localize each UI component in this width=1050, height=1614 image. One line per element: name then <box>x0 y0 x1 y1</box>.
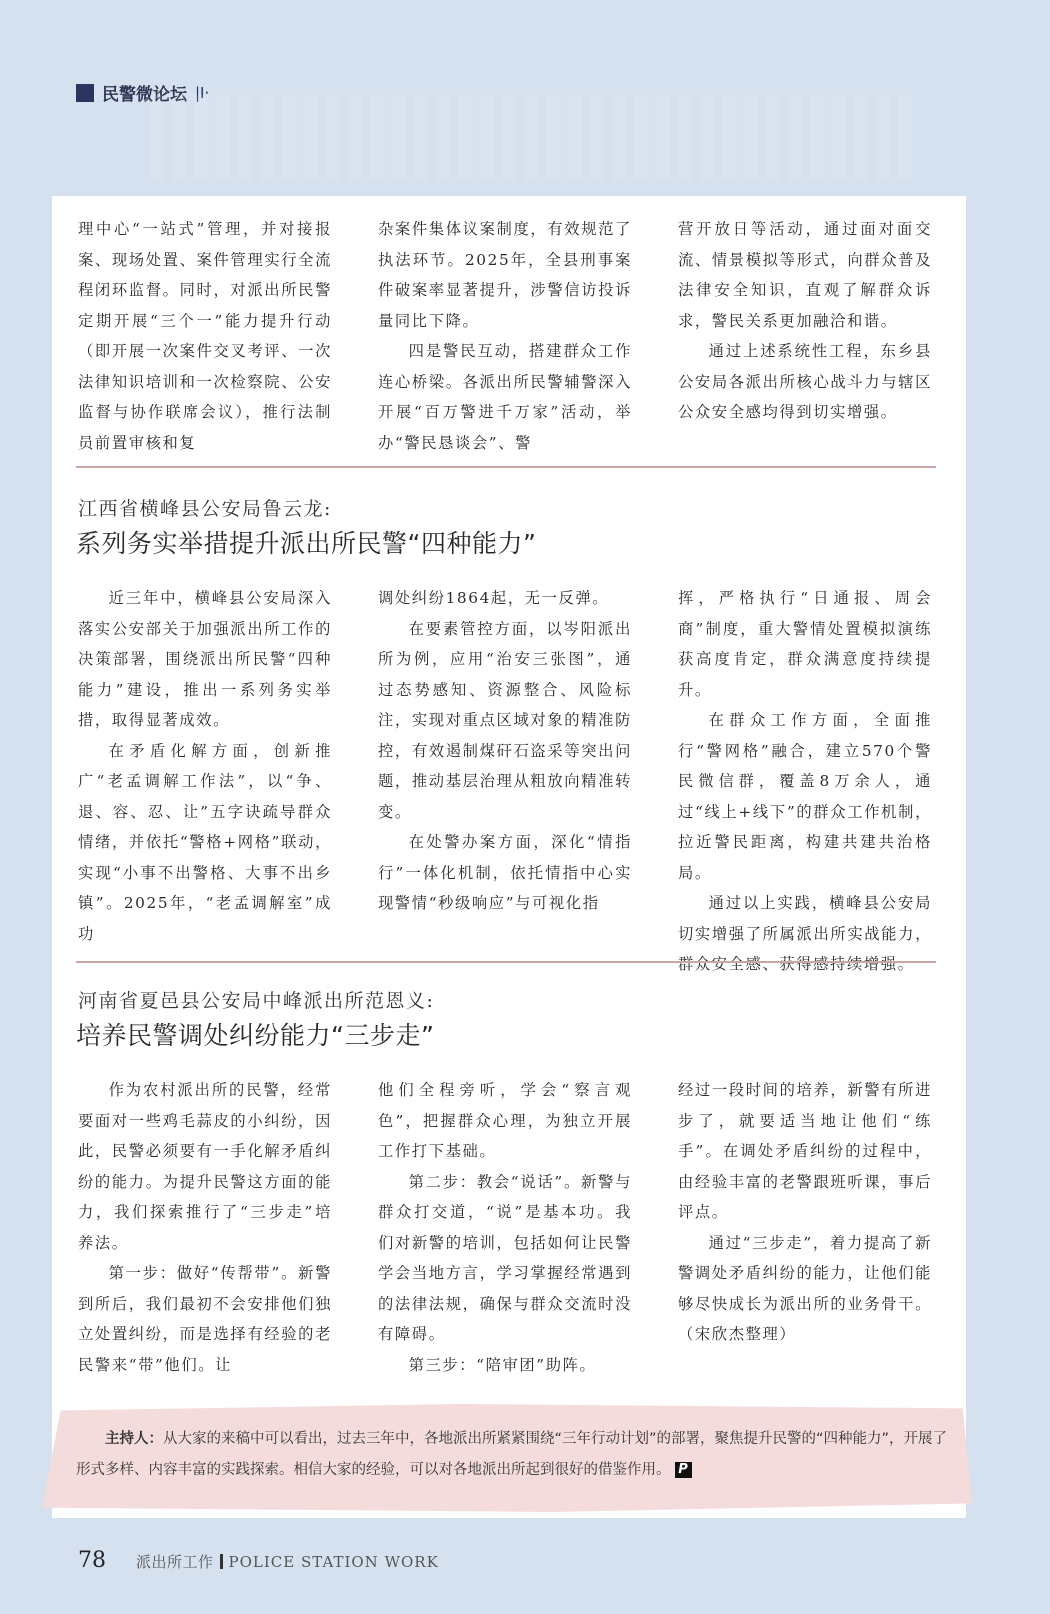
paragraph: 在群众工作方面，全面推行“警网格”融合，建立570个警民微信群，覆盖8万余人，通… <box>678 705 932 888</box>
paragraph: 营开放日等活动，通过面对面交流、情景模拟等形式，向群众普及法律安全知识，直观了解… <box>678 214 932 336</box>
page-number: 78 <box>78 1548 106 1573</box>
paragraph: 近三年中，横峰县公安局深入落实公安部关于加强派出所工作的决策部署，围绕派出所民警… <box>78 583 332 736</box>
article1-col3: 营开放日等活动，通过面对面交流、情景模拟等形式，向群众普及法律安全知识，直观了解… <box>678 214 932 458</box>
article2-author: 江西省横峰县公安局鲁云龙: <box>78 494 332 521</box>
article2-col3: 挥，严格执行“日通报、周会商”制度，重大警情处置模拟演练获高度肯定，群众满意度持… <box>678 583 932 980</box>
separator-bar <box>220 1554 223 1569</box>
paragraph: 第二步：教会“说话”。新警与群众打交道，“说”是基本功。我们对新警的培训，包括如… <box>378 1167 632 1350</box>
paragraph: 作为农村派出所的民警，经常要面对一些鸡毛蒜皮的小纠纷，因此，民警必须要有一手化解… <box>78 1075 332 1258</box>
square-bullet-icon <box>76 84 94 102</box>
article1-col2: 杂案件集体议案制度，有效规范了执法环节。2025年，全县刑事案件破案率显著提升，… <box>378 214 632 458</box>
paragraph: 在矛盾化解方面，创新推广“老孟调解工作法”，以“争、退、容、忍、让”五字诀疏导群… <box>78 736 332 950</box>
magazine-name-en: POLICE STATION WORK <box>229 1553 439 1571</box>
magazine-logo-icon: P <box>675 1462 692 1478</box>
article2-title: 系列务实举措提升派出所民警“四种能力” <box>76 524 536 560</box>
page-footer: 78 派出所工作POLICE STATION WORK <box>78 1548 439 1573</box>
paragraph: 通过“三步走”，着力提高了新警调处矛盾纠纷的能力，让他们能够尽快成长为派出所的业… <box>678 1228 932 1350</box>
magazine-name: 派出所工作POLICE STATION WORK <box>136 1551 439 1572</box>
article3-col3: 经过一段时间的培养，新警有所进步了，就要适当地让他们“练手”。在调处矛盾纠纷的过… <box>678 1075 932 1380</box>
paragraph: 通过上述系统性工程，东乡县公安局各派出所核心战斗力与辖区公众安全感均得到切实增强… <box>678 336 932 428</box>
paragraph: 在要素管控方面，以岑阳派出所为例，应用“治安三张图”，通过态势感知、资源整合、风… <box>378 614 632 828</box>
paragraph: 经过一段时间的培养，新警有所进步了，就要适当地让他们“练手”。在调处矛盾纠纷的过… <box>678 1075 932 1228</box>
article3-col1: 作为农村派出所的民警，经常要面对一些鸡毛蒜皮的小纠纷，因此，民警必须要有一手化解… <box>78 1075 332 1380</box>
article1-columns: 理中心“一站式”管理，并对接报案、现场处置、案件管理实行全流程闭环监督。同时，对… <box>78 214 940 458</box>
host-text: 从大家的来稿中可以看出，过去三年中，各地派出所紧紧围绕“三年行动计划”的部署，聚… <box>76 1431 947 1478</box>
paragraph: 通过以上实践，横峰县公安局切实增强了所属派出所实战能力，群众安全感、获得感持续增… <box>678 888 932 980</box>
paragraph: 杂案件集体议案制度，有效规范了执法环节。2025年，全县刑事案件破案率显著提升，… <box>378 214 632 336</box>
host-label: 主持人： <box>105 1431 163 1447</box>
paragraph: 他们全程旁听，学会“察言观色”，把握群众心理，为独立开展工作打下基础。 <box>378 1075 632 1167</box>
article3-col2: 他们全程旁听，学会“察言观色”，把握群众心理，为独立开展工作打下基础。第二步：教… <box>378 1075 632 1380</box>
paragraph: 调处纠纷1864起，无一反弹。 <box>378 583 632 614</box>
paragraph: 四是警民互动，搭建群众工作连心桥梁。各派出所民警辅警深入开展“百万警进千万家”活… <box>378 336 632 458</box>
paragraph: 在处警办案方面，深化“情指行”一体化机制，依托情指中心实现警情“秒级响应”与可视… <box>378 827 632 919</box>
magazine-name-cn: 派出所工作 <box>136 1553 214 1571</box>
article2-columns: 近三年中，横峰县公安局深入落实公安部关于加强派出所工作的决策部署，围绕派出所民警… <box>78 583 940 980</box>
article1-col1: 理中心“一站式”管理，并对接报案、现场处置、案件管理实行全流程闭环监督。同时，对… <box>78 214 332 458</box>
divider-2 <box>76 961 936 963</box>
article3-title: 培养民警调处纠纷能力“三步走” <box>76 1016 434 1052</box>
paragraph: 第一步：做好“传帮带”。新警到所后，我们最初不会安排他们独立处置纠纷，而是选择有… <box>78 1258 332 1380</box>
divider-1 <box>76 466 936 468</box>
paragraph: 理中心“一站式”管理，并对接报案、现场处置、案件管理实行全流程闭环监督。同时，对… <box>78 214 332 458</box>
background-watermark <box>150 95 920 180</box>
host-note: 主持人：从大家的来稿中可以看出，过去三年中，各地派出所紧紧围绕“三年行动计划”的… <box>76 1424 950 1486</box>
article3-author: 河南省夏邑县公安局中峰派出所范恩义: <box>78 986 434 1013</box>
paragraph: 挥，严格执行“日通报、周会商”制度，重大警情处置模拟演练获高度肯定，群众满意度持… <box>678 583 932 705</box>
article3-columns: 作为农村派出所的民警，经常要面对一些鸡毛蒜皮的小纠纷，因此，民警必须要有一手化解… <box>78 1075 940 1380</box>
paragraph: 第三步：“陪审团”助阵。 <box>378 1350 632 1381</box>
article2-col1: 近三年中，横峰县公安局深入落实公安部关于加强派出所工作的决策部署，围绕派出所民警… <box>78 583 332 980</box>
article2-col2: 调处纠纷1864起，无一反弹。在要素管控方面，以岑阳派出所为例，应用“治安三张图… <box>378 583 632 980</box>
